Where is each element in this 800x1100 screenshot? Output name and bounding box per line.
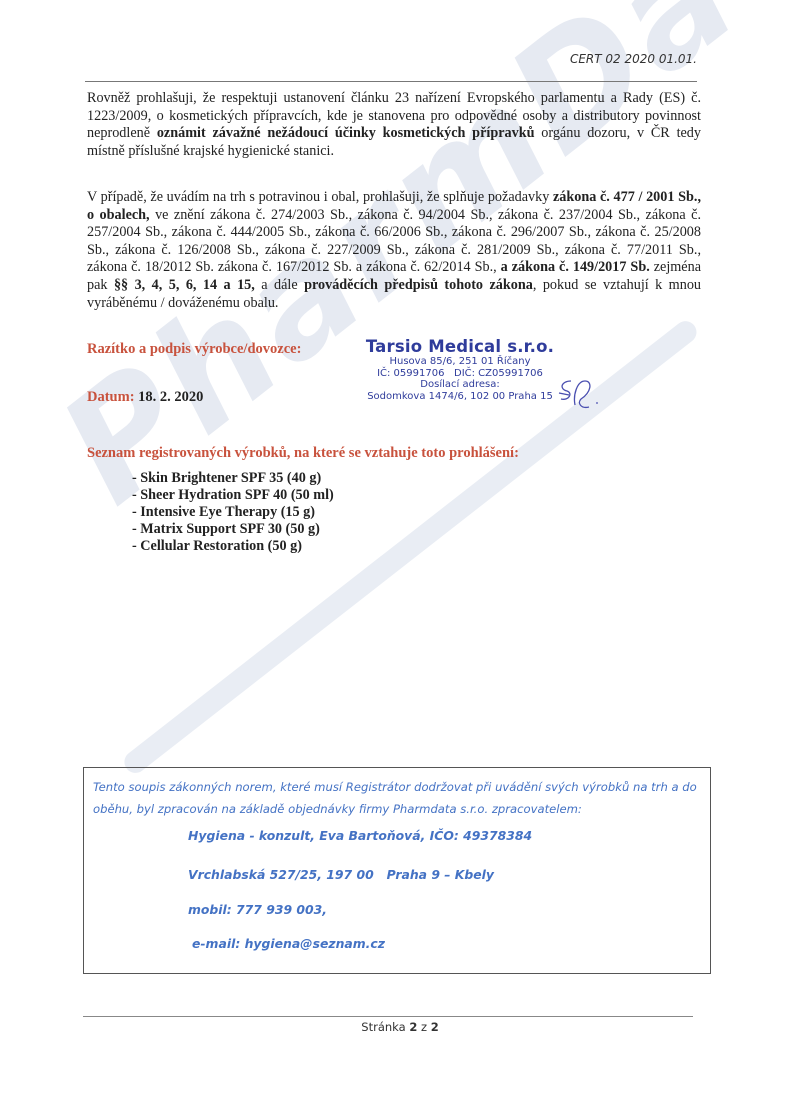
product-item: - Intensive Eye Therapy (15 g)	[132, 504, 334, 521]
document-page: CERT 02 2020 01.01. Rovněž prohlašuji, ž…	[0, 0, 800, 1100]
processor-email: e-mail: hygiena@seznam.cz	[192, 936, 385, 951]
paragraph-packaging-law: V případě, že uvádím na trh s potravinou…	[87, 189, 701, 312]
processor-name: Hygiena - konzult, Eva Bartoňová, IČO: 4…	[188, 828, 532, 843]
paragraph-bold-text: §§ 3, 4, 5, 6, 14 a 15,	[114, 277, 255, 293]
header-divider	[85, 81, 697, 82]
paragraph-bold-text: prováděcích předpisů tohoto zákona	[304, 277, 533, 293]
paragraph-adverse-effects: Rovněž prohlašuji, že respektuji ustanov…	[87, 90, 701, 160]
processor-info-box: Tento soupis zákonných norem, které musí…	[83, 767, 711, 974]
stamp-mailing-label: Dosílací adresa:	[360, 379, 560, 391]
company-stamp: Tarsio Medical s.r.o. Husova 85/6, 251 0…	[360, 337, 560, 402]
page-number: Stránka 2 z 2	[0, 1020, 800, 1034]
product-item: - Cellular Restoration (50 g)	[132, 538, 334, 555]
processor-address: Vrchlabská 527/25, 197 00 Praha 9 – Kbel…	[188, 867, 494, 882]
product-item: - Matrix Support SPF 30 (50 g)	[132, 521, 334, 538]
stamp-address: Husova 85/6, 251 01 Říčany	[360, 356, 560, 368]
handwritten-signature-icon	[555, 375, 610, 415]
current-page: 2	[409, 1020, 417, 1034]
product-item: - Sheer Hydration SPF 40 (50 ml)	[132, 487, 334, 504]
total-pages: 2	[431, 1020, 439, 1034]
product-item: - Skin Brightener SPF 35 (40 g)	[132, 470, 334, 487]
date-row: Datum: 18. 2. 2020	[87, 389, 203, 406]
stamp-ids: IČ: 05991706 DIČ: CZ05991706	[360, 368, 560, 380]
paragraph-text: V případě, že uvádím na trh s potravinou…	[87, 189, 553, 205]
paragraph-text: a dále	[255, 277, 304, 293]
processor-mobile: mobil: 777 939 003,	[188, 902, 327, 917]
of-word: z	[421, 1020, 427, 1034]
document-code: CERT 02 2020 01.01.	[570, 52, 697, 66]
products-list-title: Seznam registrovaných výrobků, na které …	[87, 445, 519, 462]
products-list: - Skin Brightener SPF 35 (40 g) - Sheer …	[132, 470, 334, 555]
stamp-signature-label: Razítko a podpis výrobce/dovozce:	[87, 341, 301, 358]
page-word: Stránka	[361, 1020, 405, 1034]
stamp-company-name: Tarsio Medical s.r.o.	[360, 337, 560, 356]
date-value: 18. 2. 2020	[138, 389, 203, 405]
paragraph-bold-text: a zákona č. 149/2017 Sb.	[501, 259, 650, 275]
info-intro: Tento soupis zákonných norem, které musí…	[93, 776, 705, 820]
date-label: Datum:	[87, 389, 135, 405]
stamp-mailing-address: Sodomkova 1474/6, 102 00 Praha 15	[360, 391, 560, 403]
footer-divider	[83, 1016, 693, 1017]
paragraph-bold-text: oznámit závažné nežádoucí účinky kosmeti…	[157, 125, 535, 141]
